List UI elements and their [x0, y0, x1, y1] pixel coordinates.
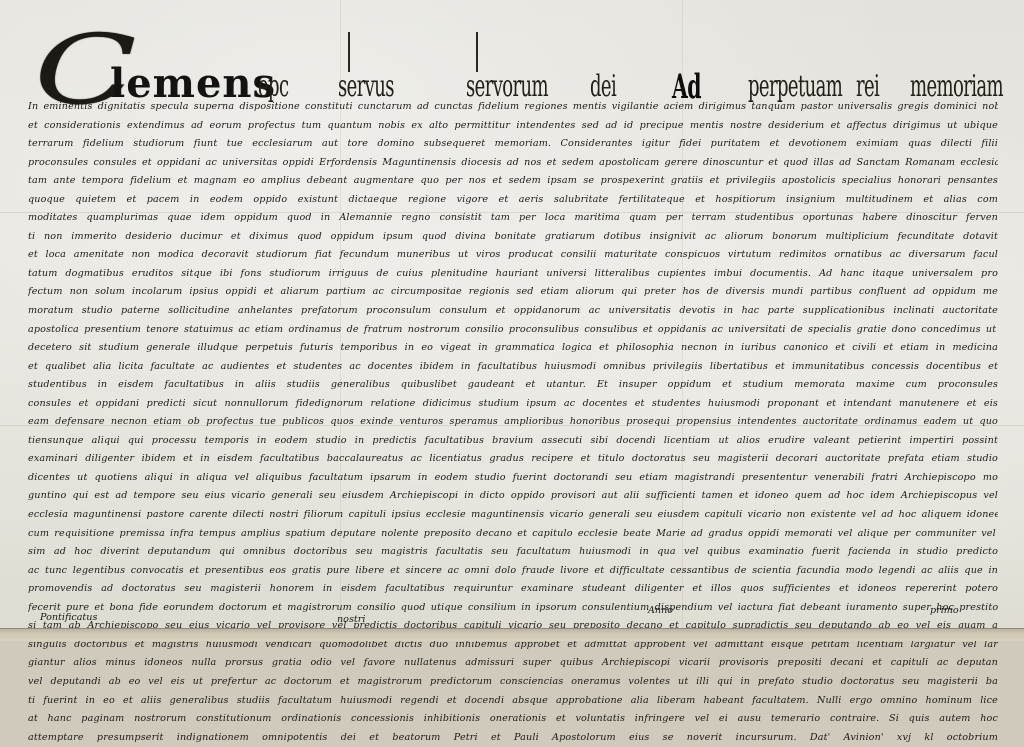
text-line: consules et oppidani predicti sicut nonn…: [28, 395, 998, 414]
text-line: tiensunque aliqui qui processu temporis …: [28, 432, 998, 451]
text-line: terrarum fidelium studiorum fiunt tue ec…: [28, 135, 998, 154]
text-line: fecerit pure et bona fide eorundem docto…: [28, 599, 998, 618]
text-line: guntino qui est ad tempore seu eius vica…: [28, 487, 998, 506]
text-line: sim ad hoc diverint deputandum qui omnib…: [28, 543, 998, 562]
text-line: tam ante tempora fidelium et magnam eo a…: [28, 172, 998, 191]
text-line: In eminentis dignitatis specula superna …: [28, 98, 998, 117]
text-line: ti non immerito desiderio ducimur et dix…: [28, 228, 998, 247]
ascender-stroke: [476, 32, 478, 72]
text-line: examinari diligenter ibidem et in eisdem…: [28, 450, 998, 469]
text-line: promovendis ad doctoratus seu magisterii…: [28, 580, 998, 599]
text-line: ecclesia maguntinensi pastore carente di…: [28, 506, 998, 525]
parchment-bottom-edge: [0, 628, 1024, 640]
anno-label: Anno: [648, 605, 673, 616]
text-line: et considerationis extendimus ad eorum p…: [28, 117, 998, 136]
text-line: fectum non solum incolarum ipsius oppidi…: [28, 283, 998, 302]
text-line: et qualibet alia licita facultate ac aud…: [28, 358, 998, 377]
ascender-stroke: [348, 32, 350, 72]
text-line: dicentes ut quotiens aliqui in aliqua ve…: [28, 469, 998, 488]
document-body: In eminentis dignitatis specula superna …: [28, 98, 998, 640]
document-heading: C lemens epc servus servorum dei Ad perp…: [30, 30, 1020, 102]
text-line: decetero sit studium generale illudque p…: [28, 339, 998, 358]
nostri-label: nostri: [337, 614, 365, 625]
text-line: ac tunc legentibus convocatis et present…: [28, 562, 998, 581]
text-line: proconsules consules et oppidani ac univ…: [28, 154, 998, 173]
text-line: quoque quietem et pacem in eodem oppido …: [28, 191, 998, 210]
text-line: eam defensare necnon etiam ob profectus …: [28, 413, 998, 432]
text-line: moditates quamplurimas quae idem oppidum…: [28, 209, 998, 228]
text-line: apostolica presentium tenore statuimus a…: [28, 321, 998, 340]
text-line: studentibus in eisdem facultatibus in al…: [28, 376, 998, 395]
text-line: moratum studio paterne sollicitudine anh…: [28, 302, 998, 321]
text-line: et loca amenitate non modica decoravit s…: [28, 246, 998, 265]
primo-label: primo: [930, 605, 959, 616]
pontificatus-label: Pontificatus: [40, 612, 97, 623]
text-line: cum requisitione premissa infra tempus a…: [28, 525, 998, 544]
text-line: tatum dogmatibus eruditos sitque ibi fon…: [28, 265, 998, 284]
parchment-document: C lemens epc servus servorum dei Ad perp…: [0, 0, 1024, 640]
